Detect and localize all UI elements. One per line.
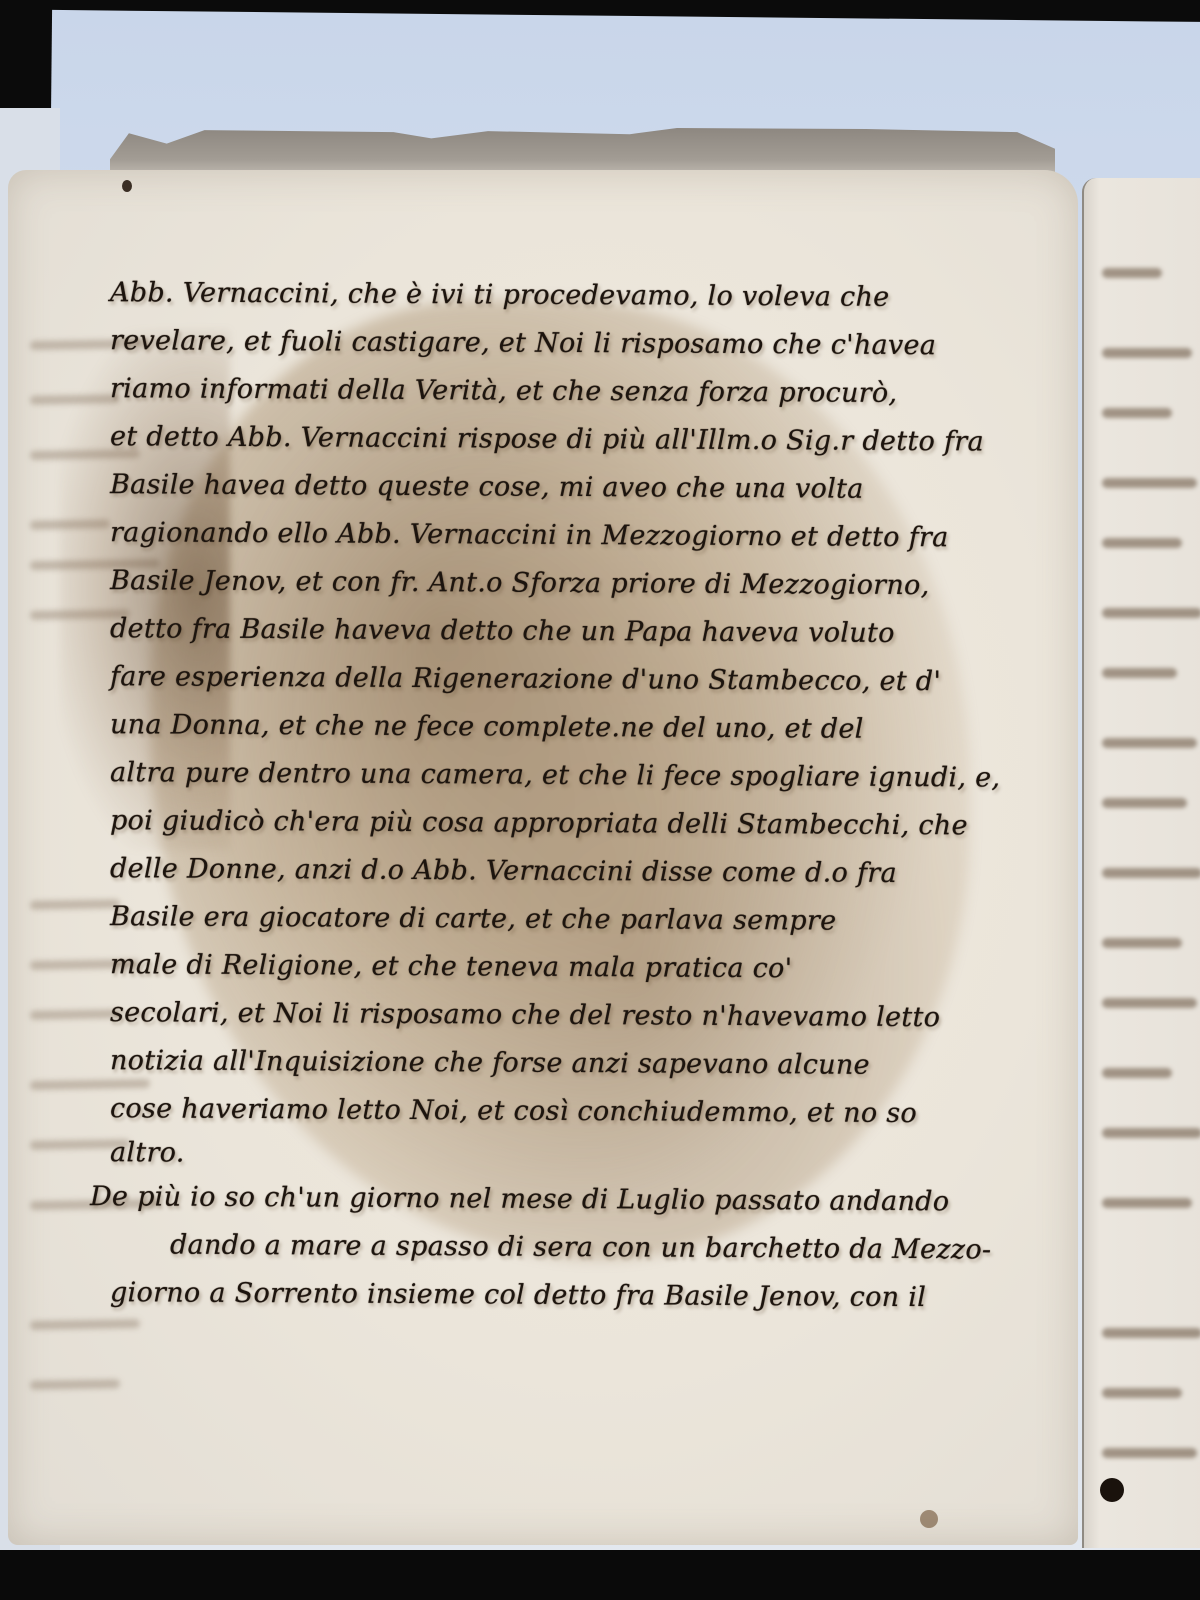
text-line: giorno a Sorrento insieme col detto fra … xyxy=(110,1269,1050,1323)
text-line: notizia all'Inquisizione che forse anzi … xyxy=(110,1037,1050,1091)
ink-blot xyxy=(1100,1478,1124,1502)
pin-hole xyxy=(122,180,132,192)
text-line: altra pure dentro una camera, et che li … xyxy=(110,749,1050,803)
text-line: cose haveriamo letto Noi, et così conchi… xyxy=(110,1085,1050,1139)
photo-frame-bottom xyxy=(0,1550,1200,1600)
text-line: Basile era giocatore di carte, et che pa… xyxy=(110,893,1050,947)
text-line: secolari, et Noi li risposamo che del re… xyxy=(110,989,1050,1043)
text-line: De più io so ch'un giorno nel mese di Lu… xyxy=(90,1173,1050,1227)
text-line: altro. xyxy=(110,1133,1050,1179)
manuscript-text: Abb. Vernaccini, che è ivi ti procedevam… xyxy=(110,272,1050,1320)
text-line: Basile havea detto queste cose, mi aveo … xyxy=(110,461,1050,515)
text-line: revelare, et fuoli castigare, et Noi li … xyxy=(110,317,1050,371)
text-line: fare esperienza della Rigenerazione d'un… xyxy=(110,653,1050,707)
text-line: Abb. Vernaccini, che è ivi ti procedevam… xyxy=(110,269,1050,323)
facing-page xyxy=(1082,178,1200,1548)
stain-spot xyxy=(920,1510,938,1528)
text-line: riamo informati della Verità, et che sen… xyxy=(110,365,1050,419)
text-line: delle Donne, anzi d.o Abb. Vernaccini di… xyxy=(110,845,1050,899)
text-line: male di Religione, et che teneva mala pr… xyxy=(110,941,1050,995)
text-line: Basile Jenov, et con fr. Ant.o Sforza pr… xyxy=(110,557,1050,611)
text-line: una Donna, et che ne fece complete.ne de… xyxy=(110,701,1050,755)
text-line: ragionando ello Abb. Vernaccini in Mezzo… xyxy=(110,509,1050,563)
text-line: detto fra Basile haveva detto che un Pap… xyxy=(110,605,1050,659)
text-line: dando a mare a spasso di sera con un bar… xyxy=(110,1221,1050,1275)
text-line: poi giudicò ch'era più cosa appropriata … xyxy=(110,797,1050,851)
text-line: et detto Abb. Vernaccini rispose di più … xyxy=(110,413,1050,467)
